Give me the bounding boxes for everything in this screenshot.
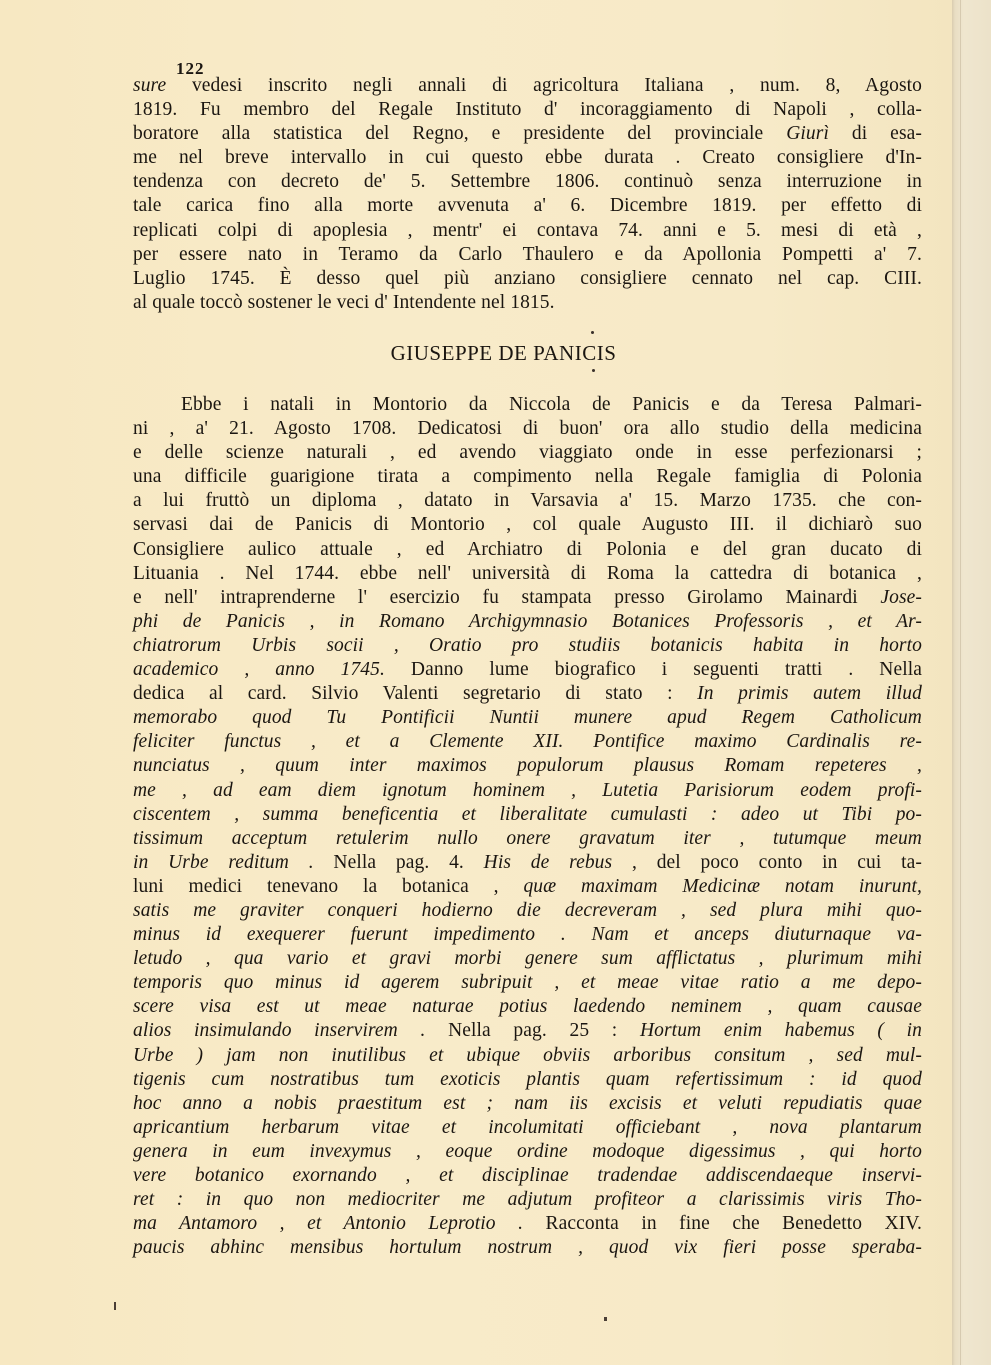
text-line: apricantium herbarum vitae et incolumita… <box>133 1116 922 1140</box>
text-line: boratore alla statistica del Regno, e pr… <box>133 122 922 146</box>
text-line: e nell' intraprenderne l' esercizio fu s… <box>133 586 922 610</box>
text-line: sure vedesi inscrito negli annali di agr… <box>133 74 922 98</box>
italic-text: genera in eum invexymus , eoque ordine m… <box>133 1141 922 1162</box>
text-line: Lituania . Nel 1744. ebbe nell' universi… <box>133 562 922 586</box>
italic-text: me , ad eam diem ignotum hominem , Lutet… <box>133 780 922 801</box>
text-line: alios insimulando inservirem . Nella pag… <box>133 1019 922 1043</box>
italic-text: minus id exequerer fuerunt impedimento .… <box>133 924 922 945</box>
line-rest: vedesi inscrito negli annali di agricolt… <box>192 75 922 96</box>
italic-text: quæ maximam Medicinæ notam inurunt, <box>523 876 922 897</box>
italic-text: paucis abhinc mensibus hortulum nostrum … <box>133 1237 922 1258</box>
text-line: Ebbe i natali in Montorio da Niccola de … <box>133 393 922 417</box>
text-line: temporis quo minus id agerem subripuit ,… <box>133 971 922 995</box>
text-line: e delle scienze naturali , ed avendo via… <box>133 441 922 465</box>
italic-text: Urbe ) jam non inutilibus et ubique obvi… <box>133 1045 922 1066</box>
text-line: replicati colpi di apoplesia , mentr' ei… <box>133 219 922 243</box>
text-line: nunciatus , quum inter maximos populorum… <box>133 754 922 778</box>
text-line: dedica al card. Silvio Valenti segretari… <box>133 682 922 706</box>
italic-text: scere visa est ut meae naturae potius la… <box>133 996 922 1017</box>
italic-text: phi de Panicis , in Romano Archigymnasio… <box>133 611 922 632</box>
text-line: tendenza con decreto de' 5. Settembre 18… <box>133 170 922 194</box>
text-line: genera in eum invexymus , eoque ordine m… <box>133 1140 922 1164</box>
text-line: tigenis cum nostratibus tum exoticis pla… <box>133 1068 922 1092</box>
text-line: Luglio 1745. È desso quel più anziano co… <box>133 267 922 291</box>
text-line: luni medici tenevano la botanica , quæ m… <box>133 875 922 899</box>
text-line: tissimum acceptum retulerim nullo onere … <box>133 827 922 851</box>
text-line: satis me graviter conqueri hodierno die … <box>133 899 922 923</box>
text-line: ret : in quo non mediocriter me adjutum … <box>133 1188 922 1212</box>
text-line: al quale toccò sostener le veci d' Inten… <box>133 291 922 315</box>
paper-speck <box>114 1302 116 1310</box>
text-line: vere botanico exornando , et disciplinae… <box>133 1164 922 1188</box>
text-line: hoc anno a nobis praestitum est ; nam ii… <box>133 1092 922 1116</box>
top-paragraph: sure vedesi inscrito negli annali di agr… <box>133 74 922 315</box>
text-line: ciscentem , summa beneficentia et libera… <box>133 803 922 827</box>
page-edge-strip <box>952 0 991 1365</box>
italic-word: Giurì <box>786 123 829 144</box>
italic-text: temporis quo minus id agerem subripuit ,… <box>133 972 922 993</box>
text-line: letudo , qua vario et gravi morbi genere… <box>133 947 922 971</box>
text-line: memorabo quod Tu Pontificii Nuntii muner… <box>133 706 922 730</box>
text-line: minus id exequerer fuerunt impedimento .… <box>133 923 922 947</box>
text-line: Consigliere aulico attuale , ed Archiatr… <box>133 538 922 562</box>
italic-word: Jose- <box>880 587 922 608</box>
divider-dot <box>591 331 594 334</box>
italic-text: nunciatus , quum inter maximos populorum… <box>133 755 922 776</box>
italic-text: tissimum acceptum retulerim nullo onere … <box>133 828 922 849</box>
text-line: chiatrorum Urbis socii , Oratio pro stud… <box>133 634 922 658</box>
italic-word: sure <box>133 75 166 96</box>
text-line: per essere nato in Teramo da Carlo Thaul… <box>133 243 922 267</box>
italic-text: chiatrorum Urbis socii , Oratio pro stud… <box>133 635 922 656</box>
section-body: Ebbe i natali in Montorio da Niccola de … <box>133 393 922 1260</box>
italic-text: academico , anno 1745. <box>133 659 385 680</box>
divider-dot <box>592 369 595 372</box>
italic-text: alios insimulando inservirem . <box>133 1020 425 1041</box>
text-line: phi de Panicis , in Romano Archigymnasio… <box>133 610 922 634</box>
text-line: tale carica fino alla morte avvenuta a' … <box>133 194 922 218</box>
text-line: paucis abhinc mensibus hortulum nostrum … <box>133 1236 922 1260</box>
section-title: GIUSEPPE DE PANICIS <box>0 341 991 366</box>
text-line: a lui fruttò un diploma , datato in Vars… <box>133 489 922 513</box>
text-line: me nel breve intervallo in cui questo eb… <box>133 146 922 170</box>
italic-text: ciscentem , summa beneficentia et libera… <box>133 804 922 825</box>
text-line: 1819. Fu membro del Regale Instituto d' … <box>133 98 922 122</box>
text-line: servasi dai de Panicis di Montorio , col… <box>133 513 922 537</box>
text-line: in Urbe reditum . Nella pag. 4. His de r… <box>133 851 922 875</box>
text-line: me , ad eam diem ignotum hominem , Lutet… <box>133 779 922 803</box>
text-line: academico , anno 1745. Danno lume biogra… <box>133 658 922 682</box>
italic-text: His de rebus <box>484 852 613 873</box>
italic-text: tigenis cum nostratibus tum exoticis pla… <box>133 1069 922 1090</box>
italic-text: ret : in quo non mediocriter me adjutum … <box>133 1189 922 1210</box>
paper-speck <box>604 1317 607 1321</box>
italic-text: In primis autem illud <box>697 683 922 704</box>
italic-text: Hortum enim habemus ( in <box>640 1020 922 1041</box>
italic-text: memorabo quod Tu Pontificii Nuntii muner… <box>133 707 922 728</box>
text-line: ma Antamoro , et Antonio Leprotio . Racc… <box>133 1212 922 1236</box>
italic-text: satis me graviter conqueri hodierno die … <box>133 900 922 921</box>
text-line: feliciter functus , et a Clemente XII. P… <box>133 730 922 754</box>
italic-text: in Urbe reditum . <box>133 852 314 873</box>
italic-text: feliciter functus , et a Clemente XII. P… <box>133 731 922 752</box>
text-line: Urbe ) jam non inutilibus et ubique obvi… <box>133 1044 922 1068</box>
italic-text: ma Antamoro , et Antonio Leprotio . <box>133 1213 523 1234</box>
text-line: una difficile guarigione tirata a compim… <box>133 465 922 489</box>
italic-text: letudo , qua vario et gravi morbi genere… <box>133 948 922 969</box>
page-edge-line <box>960 0 961 1365</box>
text-line: scere visa est ut meae naturae potius la… <box>133 995 922 1019</box>
italic-text: apricantium herbarum vitae et incolumita… <box>133 1117 922 1138</box>
text-line: ni , a' 21. Agosto 1708. Dedicatosi di b… <box>133 417 922 441</box>
italic-text: hoc anno a nobis praestitum est ; nam ii… <box>133 1093 922 1114</box>
italic-text: vere botanico exornando , et disciplinae… <box>133 1165 922 1186</box>
